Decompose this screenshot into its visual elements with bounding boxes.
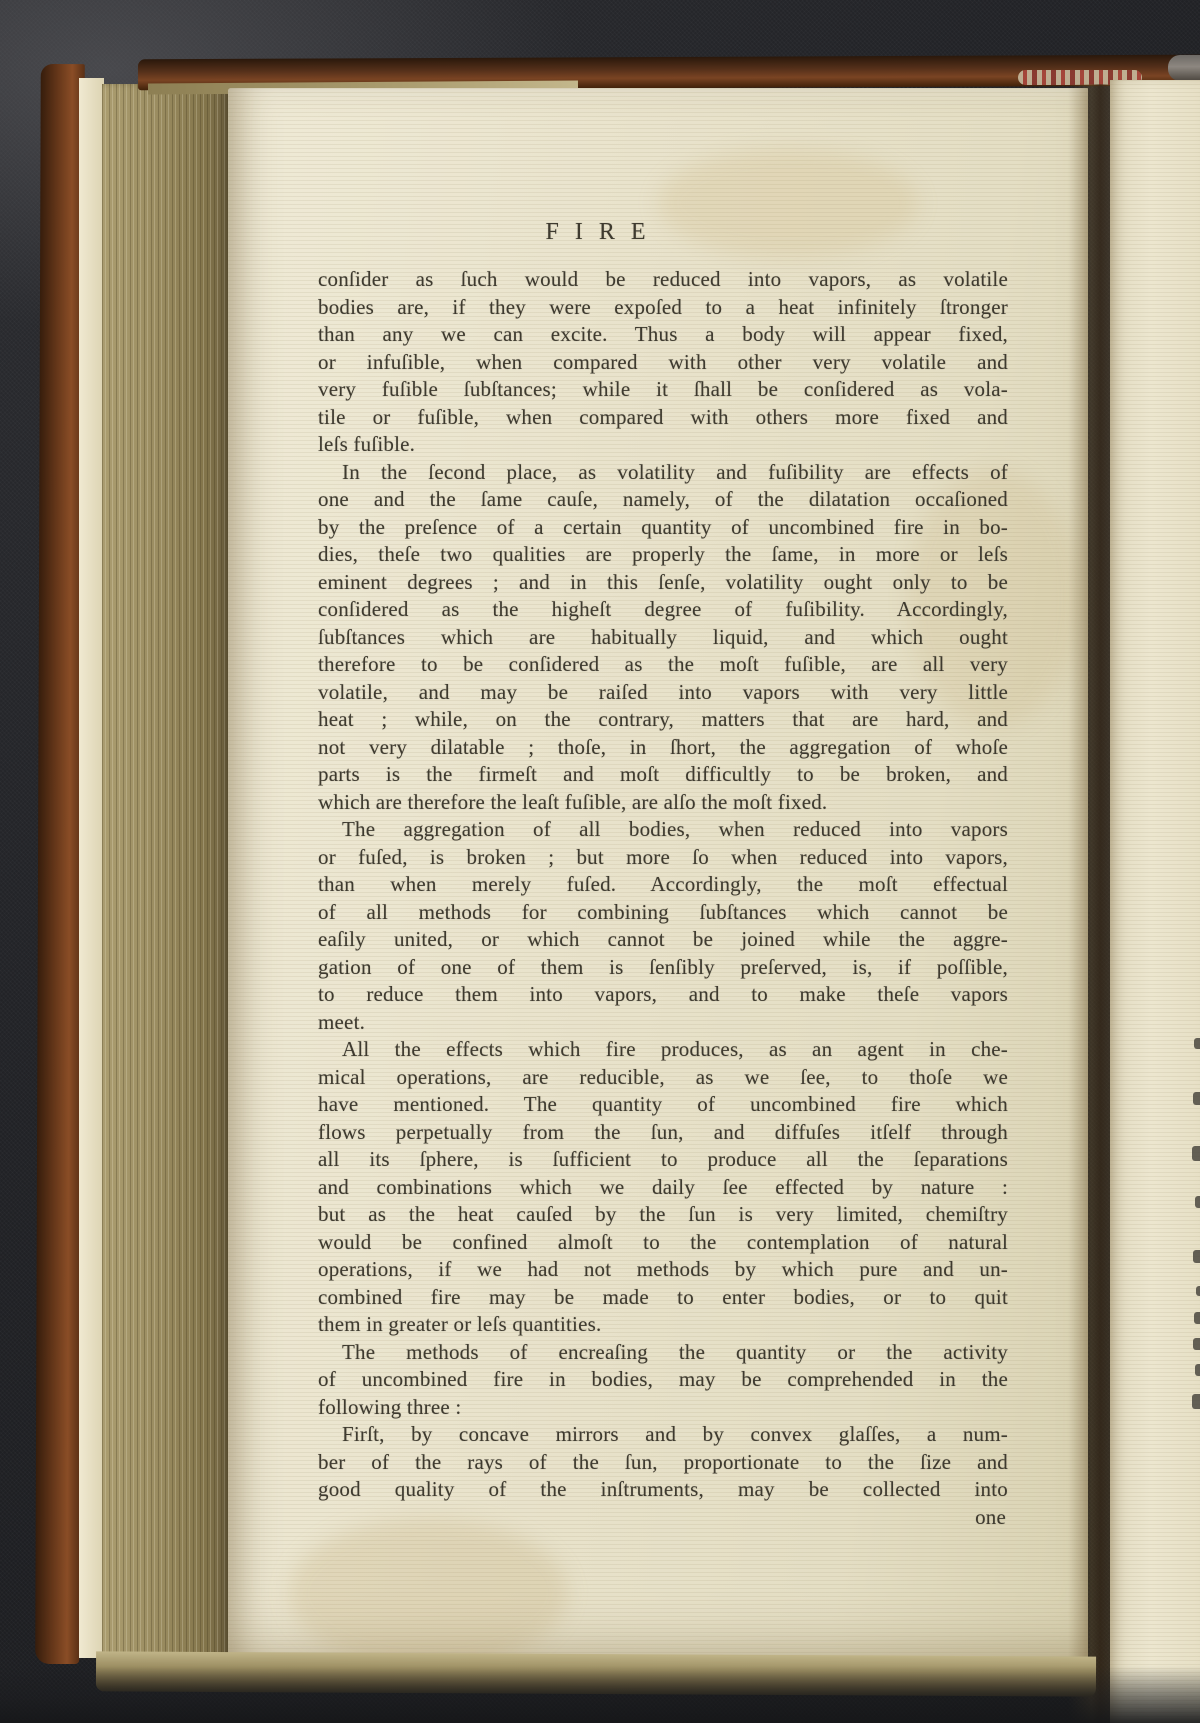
text-line: flows perpetually from the ſun, and diff… <box>318 1119 1008 1147</box>
left-cover-leather-edge <box>35 64 85 1664</box>
text-line: volatile, and may be raiſed into vapors … <box>318 679 1008 707</box>
text-line: than any we can excite. Thus a body will… <box>318 321 1008 349</box>
text-line: or infuſible, when compared with other v… <box>318 349 1008 377</box>
letter-fragment <box>1192 1394 1200 1409</box>
fore-edge-page-stack <box>102 84 230 1666</box>
text-line: would be confined almoſt to the contempl… <box>318 1229 1008 1257</box>
page-stain <box>288 1518 568 1668</box>
catchword: one <box>318 1504 1008 1532</box>
letter-fragment <box>1193 1250 1200 1263</box>
text-line: have mentioned. The quantity of uncombin… <box>318 1091 1008 1119</box>
text-line: them in greater or leſs quantities. <box>318 1311 1008 1339</box>
text-line: which are therefore the leaſt fuſible, a… <box>318 789 1008 817</box>
letter-fragment <box>1192 1146 1200 1161</box>
text-line: mical operations, are reducible, as we ſ… <box>318 1064 1008 1092</box>
text-line: Firſt, by concave mirrors and by convex … <box>318 1421 1008 1449</box>
text-line: not very dilatable ; thoſe, in ſhort, th… <box>318 734 1008 762</box>
text-line: therefore to be conſidered as the moſt f… <box>318 651 1008 679</box>
text-line: In the ſecond place, as volatility and f… <box>318 459 1008 487</box>
text-line: tile or fuſible, when compared with othe… <box>318 404 1008 432</box>
text-line: All the effects which fire produces, as … <box>318 1036 1008 1064</box>
letter-fragment <box>1195 1196 1200 1208</box>
text-line: all its ſphere, is ſufficient to produce… <box>318 1146 1008 1174</box>
text-line: eminent degrees ; and in this ſenſe, vol… <box>318 569 1008 597</box>
text-line: conſider as ſuch would be reduced into v… <box>318 266 1008 294</box>
text-line: to reduce them into vapors, and to make … <box>318 981 1008 1009</box>
facing-page-sliver <box>1110 80 1200 1723</box>
text-line: of uncombined fire in bodies, may be com… <box>318 1366 1008 1394</box>
page-text-block: conſider as ſuch would be reduced into v… <box>318 266 1008 1531</box>
text-line: leſs fuſible. <box>318 431 1008 459</box>
text-line: operations, if we had not methods by whi… <box>318 1256 1008 1284</box>
text-line: following three : <box>318 1394 1008 1422</box>
text-line: eaſily united, or which cannot be joined… <box>318 926 1008 954</box>
text-line: very fuſible ſubſtances; while it ſhall … <box>318 376 1008 404</box>
running-title: F I R E <box>318 219 878 246</box>
text-line: meet. <box>318 1009 1008 1037</box>
facing-page-letter-fragments <box>1110 80 1200 1723</box>
text-line: good quality of the inſtruments, may be … <box>318 1476 1008 1504</box>
text-line: dies, theſe two qualities are properly t… <box>318 541 1008 569</box>
text-line: The methods of encreaſing the quantity o… <box>318 1339 1008 1367</box>
text-line: than when merely fuſed. Accordingly, the… <box>318 871 1008 899</box>
text-line: but as the heat cauſed by the ſun is ver… <box>318 1201 1008 1229</box>
letter-fragment <box>1194 1038 1200 1049</box>
text-line: conſidered as the higheſt degree of fuſi… <box>318 596 1008 624</box>
letter-fragment <box>1193 1092 1200 1105</box>
text-line: or fuſed, is broken ; but more ſo when r… <box>318 844 1008 872</box>
board-corner-cap <box>1168 55 1200 81</box>
letter-fragment <box>1193 1338 1200 1350</box>
text-line: heat ; while, on the contrary, matters t… <box>318 706 1008 734</box>
main-page: F I R E conſider as ſuch would be reduce… <box>228 88 1088 1664</box>
text-line: ſubſtances which are habitually liquid, … <box>318 624 1008 652</box>
letter-fragment <box>1194 1312 1200 1324</box>
text-line: ber of the rays of the ſun, proportionat… <box>318 1449 1008 1477</box>
bottom-shadow <box>0 1666 1200 1723</box>
text-line: The aggregation of all bodies, when redu… <box>318 816 1008 844</box>
text-line: and combinations which we daily ſee effe… <box>318 1174 1008 1202</box>
letter-fragment <box>1195 1364 1200 1376</box>
book: F I R E conſider as ſuch would be reduce… <box>0 0 1200 1723</box>
text-line: gation of one of them is ſenſibly preſer… <box>318 954 1008 982</box>
text-line: one and the ſame cauſe, namely, of the d… <box>318 486 1008 514</box>
pastedown-edge <box>79 78 104 1658</box>
text-line: by the preſence of a certain quantity of… <box>318 514 1008 542</box>
text-line: combined fire may be made to enter bodie… <box>318 1284 1008 1312</box>
letter-fragment <box>1196 1286 1200 1296</box>
text-line: parts is the firmeſt and moſt difficultl… <box>318 761 1008 789</box>
text-line: of all methods for combining ſubſtances … <box>318 899 1008 927</box>
text-line: bodies are, if they were expoſed to a he… <box>318 294 1008 322</box>
